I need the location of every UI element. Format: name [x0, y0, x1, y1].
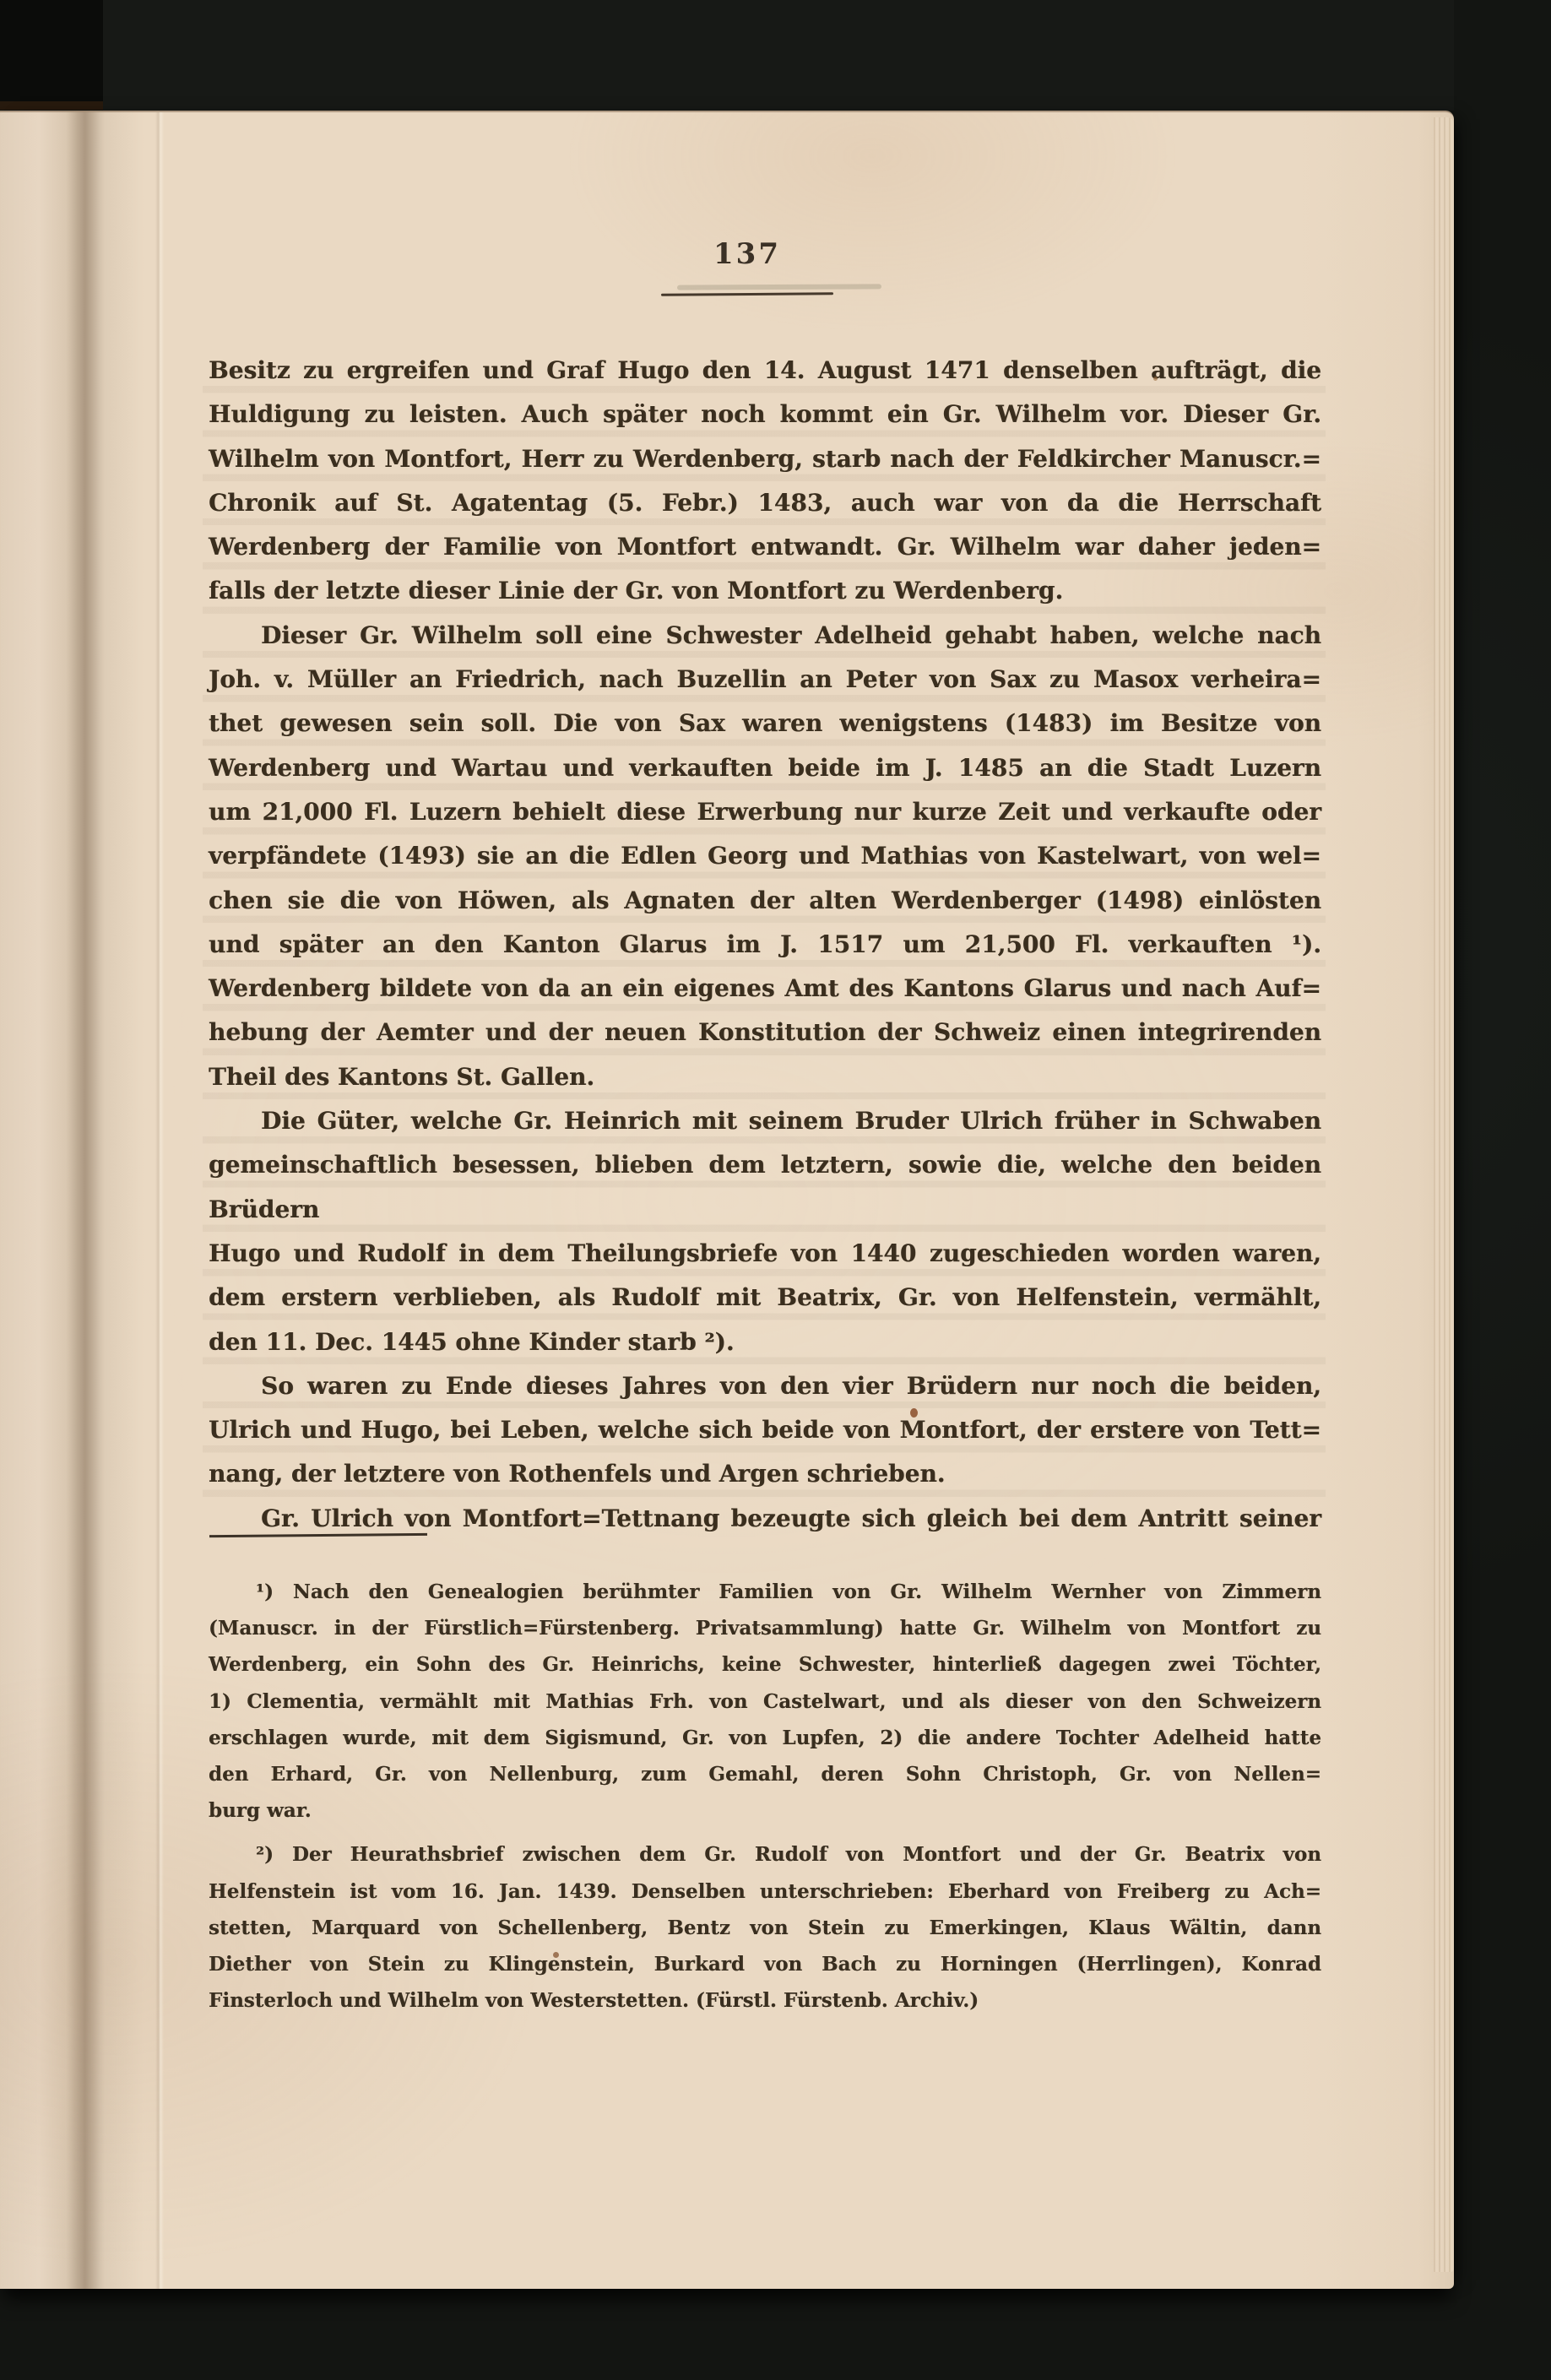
- body-text: Besitz zu ergreifen und Graf Hugo den 14…: [209, 349, 1321, 1541]
- foxing-speck: [1153, 377, 1158, 381]
- text-line: stetten, Marquard von Schellenberg, Bent…: [209, 1910, 1321, 1946]
- background-shadow: [103, 0, 1454, 111]
- text-line: verpfändete (1493) sie an die Edlen Geor…: [209, 834, 1321, 878]
- text-line: Helfenstein ist vom 16. Jan. 1439. Dense…: [209, 1873, 1321, 1910]
- heading-rule-ghost: [677, 284, 881, 290]
- paragraph: So waren zu Ende dieses Jahres von den v…: [209, 1364, 1321, 1497]
- text-line: Chronik auf St. Agatentag (5. Febr.) 148…: [209, 481, 1321, 525]
- text-line: erschlagen wurde, mit dem Sigismund, Gr.…: [209, 1720, 1321, 1756]
- text-line: Finsterloch und Wilhelm von Westerstette…: [209, 1982, 1321, 2019]
- foxing-speck: [553, 1952, 559, 1958]
- text-line: und später an den Kanton Glarus im J. 15…: [209, 923, 1321, 967]
- text-line: Ulrich und Hugo, bei Leben, welche sich …: [209, 1408, 1321, 1452]
- text-line: Diether von Stein zu Klingenstein, Burka…: [209, 1946, 1321, 1982]
- text-line: Huldigung zu leisten. Auch später noch k…: [209, 393, 1321, 436]
- book-scan: 137 Besitz zu ergreifen und Graf Hugo de…: [0, 0, 1551, 2380]
- text-line: Werdenberg und Wartau und verkauften bei…: [209, 746, 1321, 790]
- text-line: den 11. Dec. 1445 ohne Kinder starb ²).: [209, 1320, 1321, 1364]
- footnotes: ¹) Nach den Genealogien berühmter Famili…: [209, 1574, 1321, 2019]
- paragraph: ²) Der Heurathsbrief zwischen dem Gr. Ru…: [209, 1836, 1321, 2019]
- paragraph: Besitz zu ergreifen und Graf Hugo den 14…: [209, 349, 1321, 614]
- text-line: um 21,000 Fl. Luzern behielt diese Erwer…: [209, 790, 1321, 834]
- paragraph: Die Güter, welche Gr. Heinrich mit seine…: [209, 1099, 1321, 1364]
- page-number: 137: [650, 237, 844, 271]
- book-spine-shadow: [0, 0, 103, 110]
- text-line: gemeinschaftlich besessen, blieben dem l…: [209, 1143, 1321, 1232]
- text-line: Dieser Gr. Wilhelm soll eine Schwester A…: [209, 614, 1321, 658]
- text-line: ²) Der Heurathsbrief zwischen dem Gr. Ru…: [209, 1836, 1321, 1873]
- text-line: (Manuscr. in der Fürstlich=Fürstenberg. …: [209, 1610, 1321, 1646]
- foxing-speck: [910, 1408, 918, 1418]
- text-line: Werdenberg der Familie von Montfort entw…: [209, 525, 1321, 569]
- text-line: Joh. v. Müller an Friedrich, nach Buzell…: [209, 658, 1321, 702]
- text-line: burg war.: [209, 1792, 1321, 1829]
- text-line: thet gewesen sein soll. Die von Sax ware…: [209, 702, 1321, 745]
- text-line: Werdenberg bildete von da an ein eigenes…: [209, 967, 1321, 1011]
- text-line: Theil des Kantons St. Gallen.: [209, 1055, 1321, 1099]
- text-line: dem erstern verblieben, als Rudolf mit B…: [209, 1276, 1321, 1320]
- text-line: hebung der Aemter und der neuen Konstitu…: [209, 1011, 1321, 1054]
- text-line: den Erhard, Gr. von Nellenburg, zum Gema…: [209, 1756, 1321, 1792]
- text-line: chen sie die von Höwen, als Agnaten der …: [209, 879, 1321, 923]
- page-edge-stack: [1434, 117, 1454, 2272]
- text-line: Die Güter, welche Gr. Heinrich mit seine…: [209, 1099, 1321, 1143]
- text-line: Besitz zu ergreifen und Graf Hugo den 14…: [209, 349, 1321, 393]
- text-line: falls der letzte dieser Linie der Gr. vo…: [209, 569, 1321, 613]
- page-gutter-shadow: [66, 112, 105, 2289]
- text-line: Wilhelm von Montfort, Herr zu Werdenberg…: [209, 437, 1321, 481]
- text-line: Werdenberg, ein Sohn des Gr. Heinrichs, …: [209, 1646, 1321, 1683]
- paragraph: ¹) Nach den Genealogien berühmter Famili…: [209, 1574, 1321, 1829]
- text-line: So waren zu Ende dieses Jahres von den v…: [209, 1364, 1321, 1408]
- text-line: ¹) Nach den Genealogien berühmter Famili…: [209, 1574, 1321, 1610]
- paragraph: Dieser Gr. Wilhelm soll eine Schwester A…: [209, 614, 1321, 1099]
- text-line: Hugo und Rudolf in dem Theilungsbriefe v…: [209, 1232, 1321, 1276]
- page-crease: [155, 112, 164, 2289]
- text-line: nang, der letztere von Rothenfels und Ar…: [209, 1452, 1321, 1496]
- text-line: 1) Clementia, vermählt mit Mathias Frh. …: [209, 1683, 1321, 1720]
